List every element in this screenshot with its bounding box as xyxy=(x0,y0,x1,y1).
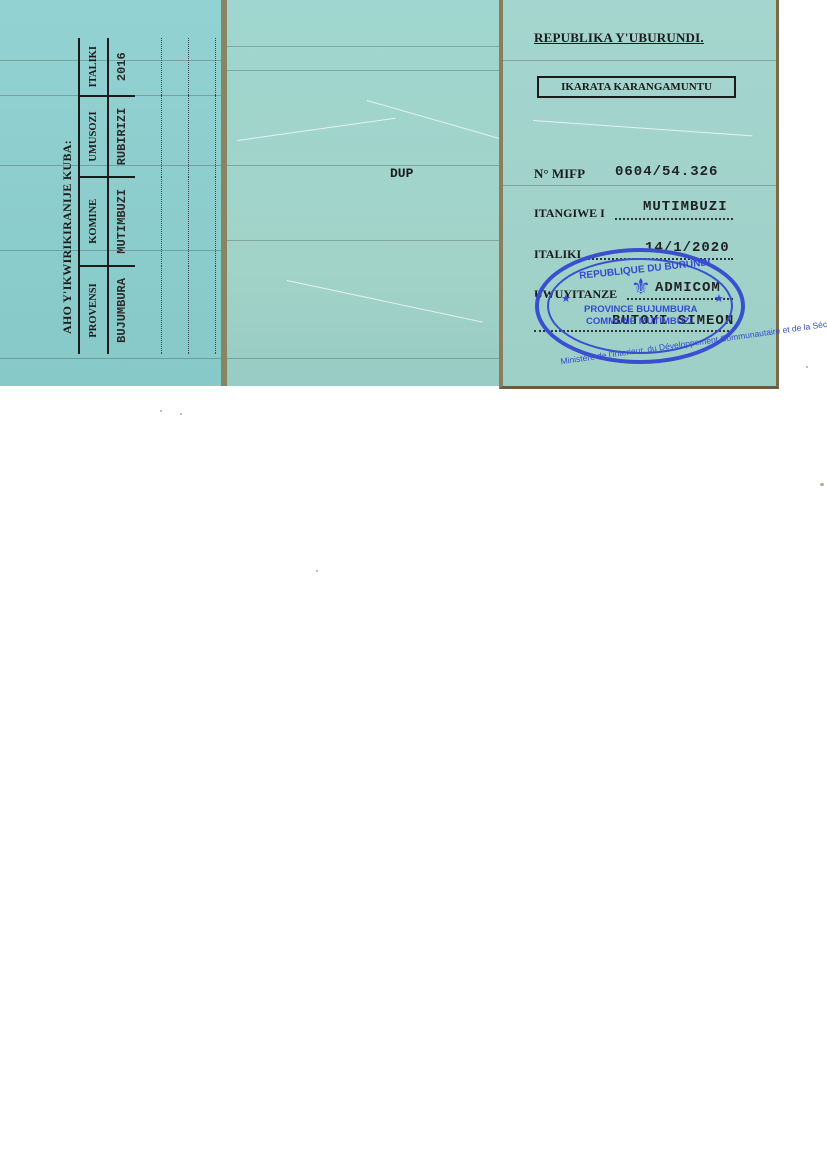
residence-table: PROVENSI KOMINE UMUSOZI ITALIKI BUJUMBUR… xyxy=(78,38,216,354)
cell-hill: RUBIRIZI xyxy=(108,96,135,176)
mifp-value: 0604/54.326 xyxy=(615,164,718,180)
duplicate-mark: DUP xyxy=(390,166,413,181)
issued-at-value: MUTIMBUZI xyxy=(643,199,728,215)
scan-speck xyxy=(160,410,162,412)
residence-history-table: AHO Y'IKWIRIKIRANIJE KUBA: PROVENSI KOMI… xyxy=(42,34,222,364)
scan-speck xyxy=(180,413,182,415)
table-row-empty xyxy=(189,38,216,354)
stamp-commune: COMMUNE MUTIMBUZI xyxy=(586,316,692,327)
cell-date: 2016 xyxy=(108,38,135,96)
col-komine: KOMINE xyxy=(79,177,108,266)
col-umusozi: UMUSOZI xyxy=(79,96,108,176)
republic-header: REPUBLIKA Y'UBURUNDI. xyxy=(534,30,704,46)
card-middle-panel xyxy=(224,0,499,386)
table-row-empty xyxy=(162,38,189,354)
stamp-province: PROVINCE BUJUMBURA xyxy=(584,304,697,315)
cell-province: BUJUMBURA xyxy=(108,266,135,354)
residence-title: AHO Y'IKWIRIKIRANIJE KUBA: xyxy=(60,140,75,334)
table-row: BUJUMBURA MUTIMBUZI RUBIRIZI 2016 xyxy=(108,38,135,354)
card-title: IKARATA KARANGAMUNTU xyxy=(537,76,736,98)
coat-of-arms-icon: ⚜ xyxy=(631,274,651,300)
col-provensi: PROVENSI xyxy=(79,266,108,354)
scan-speck xyxy=(820,483,824,486)
cell-commune: MUTIMBUZI xyxy=(108,177,135,266)
star-icon: ★ xyxy=(561,292,571,305)
card-left-panel: AHO Y'IKWIRIKIRANIJE KUBA: PROVENSI KOMI… xyxy=(0,0,224,386)
id-card-scan: AHO Y'IKWIRIKIRANIJE KUBA: PROVENSI KOMI… xyxy=(0,0,775,386)
mifp-label: N° MIFP xyxy=(534,166,585,182)
col-italiki: ITALIKI xyxy=(79,38,108,96)
table-row-empty xyxy=(135,38,162,354)
scan-speck xyxy=(806,366,808,368)
scan-speck xyxy=(316,570,318,572)
issued-at-label: ITANGIWE I xyxy=(534,206,605,221)
official-stamp: REPUBLIQUE DU BURUNDI ⚜ ★ ★ PROVINCE BUJ… xyxy=(535,248,745,364)
star-icon: ★ xyxy=(714,292,724,305)
